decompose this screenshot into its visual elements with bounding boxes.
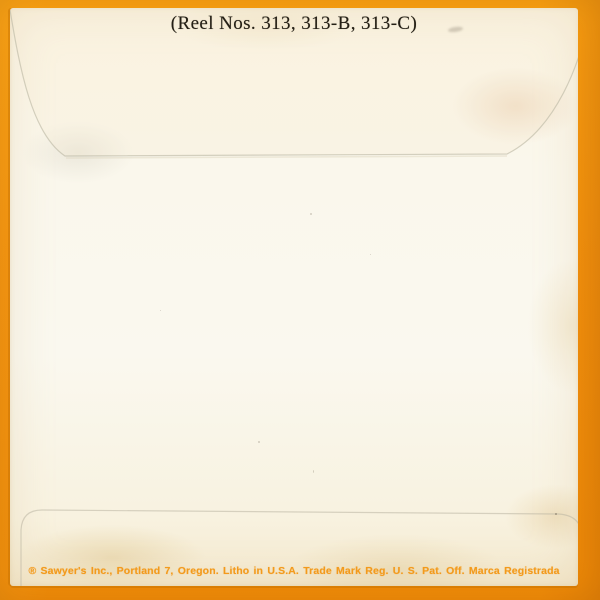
paper-speck [160,310,161,311]
paper-speck [370,254,371,255]
envelope-back: (Reel Nos. 313, 313-B, 313-C) ® Sawyer's… [10,8,578,586]
paper-speck [310,213,312,215]
paper-speck [555,513,557,515]
reel-sleeve-photo: (Reel Nos. 313, 313-B, 313-C) ® Sawyer's… [0,0,600,600]
crease-lines [10,8,578,586]
flap-shadow-line [66,156,507,158]
manufacturer-imprint: ® Sawyer's Inc., Portland 7, Oregon. Lit… [10,565,578,577]
reel-numbers-text: (Reel Nos. 313, 313-B, 313-C) [10,13,578,35]
paper-speck [258,441,260,443]
paper-speck [313,470,314,473]
